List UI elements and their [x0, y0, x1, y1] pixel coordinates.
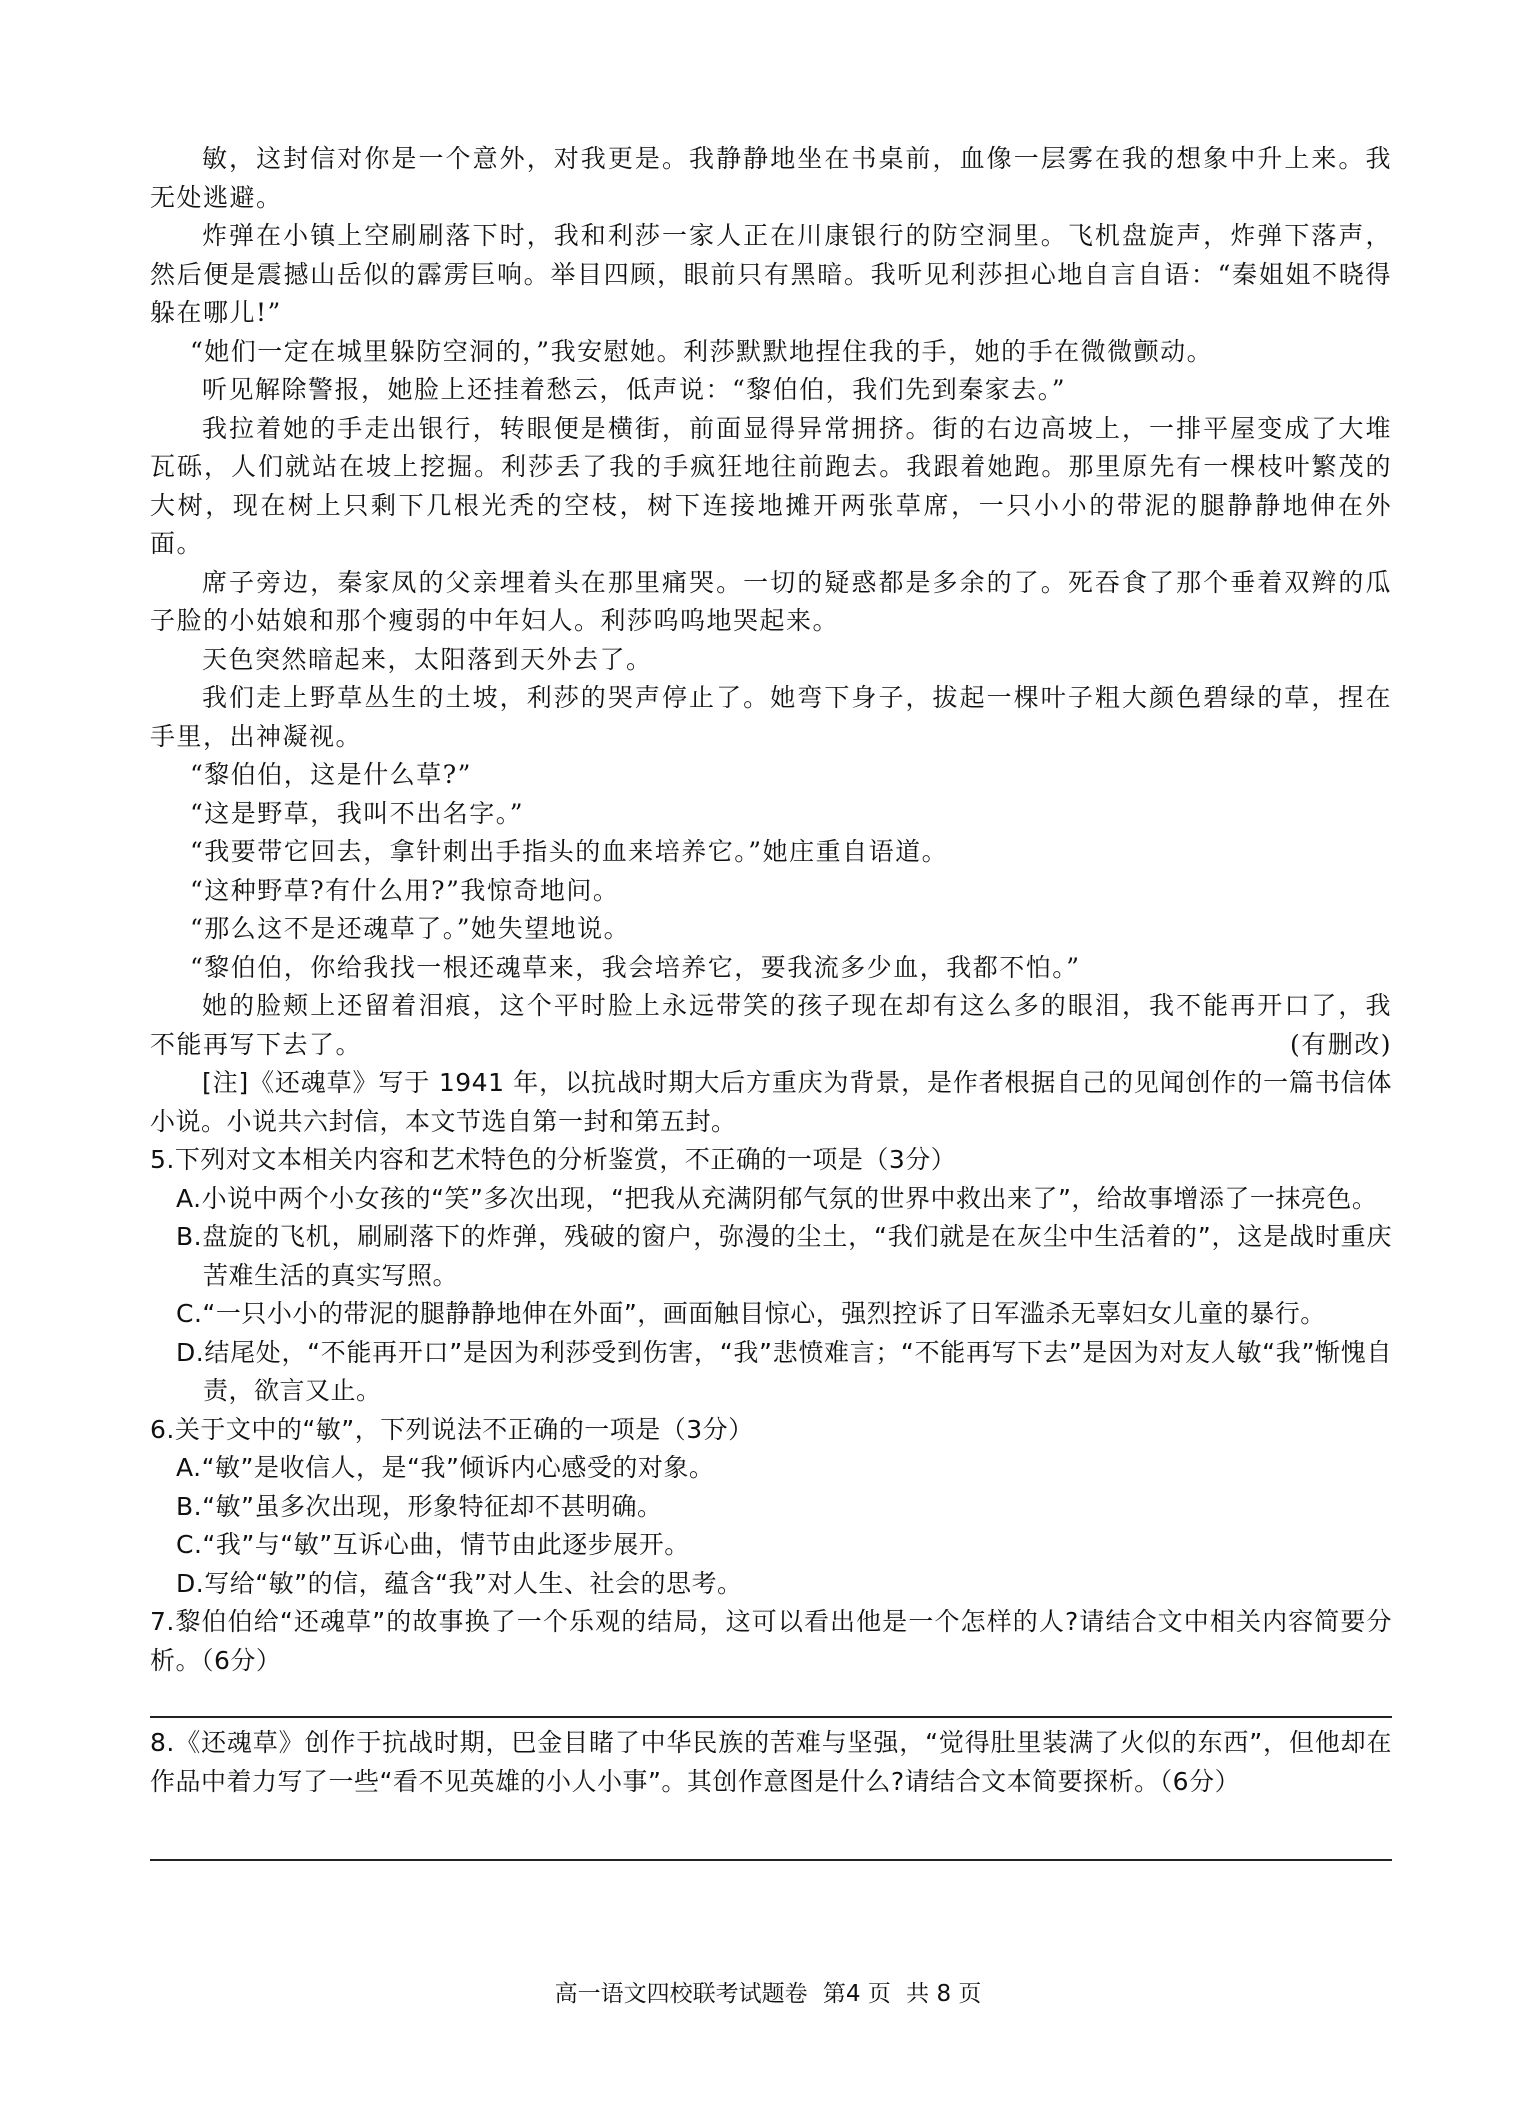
passage-paragraph: 天色突然暗起来，太阳落到天外去了。 [150, 641, 1392, 680]
passage-paragraph: 听见解除警报，她脸上还挂着愁云，低声说：“黎伯伯，我们先到秦家去。” [150, 371, 1392, 410]
page-total: 共 8 页 [906, 1981, 981, 2007]
answer-line [150, 1859, 1392, 1861]
option-b: B.“敏”虽多次出现，形象特征却不甚明确。 [176, 1488, 1392, 1527]
question-5: 5.下列对文本相关内容和艺术特色的分析鉴赏，不正确的一项是（3分） A.小说中两… [150, 1141, 1392, 1411]
passage-paragraph: 炸弹在小镇上空刷刷落下时，我和利莎一家人正在川康银行的防空洞里。飞机盘旋声，炸弹… [150, 217, 1392, 333]
option-c: C.“我”与“敏”互诉心曲，情节由此逐步展开。 [176, 1526, 1392, 1565]
option-c: C.“一只小小的带泥的腿静静地伸在外面”，画面触目惊心，强烈控诉了日军滥杀无辜妇… [176, 1295, 1392, 1334]
question-6: 6.关于文中的“敏”，下列说法不正确的一项是（3分） A.“敏”是收信人，是“我… [150, 1411, 1392, 1604]
question-7: 7.黎伯伯给“还魂草”的故事换了一个乐观的结局，这可以看出他是一个怎样的人?请结… [150, 1603, 1392, 1718]
dialogue-line: “这种野草?有什么用?”我惊奇地问。 [150, 872, 1392, 911]
passage-paragraph: 席子旁边，秦家凤的父亲埋着头在那里痛哭。一切的疑惑都是多余的了。死吞食了那个垂着… [150, 564, 1392, 641]
answer-space [150, 1801, 1392, 1859]
passage-paragraph: 我们走上野草丛生的土坡，利莎的哭声停止了。她弯下身子，拔起一棵叶子粗大颜色碧绿的… [150, 679, 1392, 756]
dialogue-line: “那么这不是还魂草了。”她失望地说。 [150, 910, 1392, 949]
final-paragraph-text: 她的脸颊上还留着泪痕，这个平时脸上永远带笑的孩子现在却有这么多的眼泪，我不能再开… [150, 991, 1392, 1059]
dialogue-line: “我要带它回去，拿针刺出手指头的血来培养它。”她庄重自语道。 [150, 833, 1392, 872]
question-stem: 7.黎伯伯给“还魂草”的故事换了一个乐观的结局，这可以看出他是一个怎样的人?请结… [150, 1603, 1392, 1680]
option-a: A.“敏”是收信人，是“我”倾诉内心感受的对象。 [176, 1449, 1392, 1488]
dialogue-line: “这是野草，我叫不出名字。” [150, 795, 1392, 834]
final-paragraph: 她的脸颊上还留着泪痕，这个平时脸上永远带笑的孩子现在却有这么多的眼泪，我不能再开… [150, 987, 1392, 1064]
option-a: A.小说中两个小女孩的“笑”多次出现，“把我从充满阴郁气氛的世界中救出来了”，给… [176, 1180, 1392, 1219]
option-d: D.结尾处，“不能再开口”是因为利莎受到伤害，“我”悲愤难言；“不能再写下去”是… [176, 1334, 1392, 1411]
page-footer: 高一语文四校联考试题卷 第4 页 共 8 页 [0, 1975, 1536, 2008]
dialogue-line: “黎伯伯，这是什么草?” [150, 756, 1392, 795]
question-stem: 5.下列对文本相关内容和艺术特色的分析鉴赏，不正确的一项是（3分） [150, 1141, 1392, 1180]
question-8: 8.《还魂草》创作于抗战时期，巴金目睹了中华民族的苦难与坚强，“觉得肚里装满了火… [150, 1724, 1392, 1861]
passage-paragraph: “她们一定在城里躲防空洞的，”我安慰她。利莎默默地捏住我的手，她的手在微微颤动。 [150, 333, 1392, 372]
page-number: 第4 页 [823, 1981, 891, 2007]
answer-space [150, 1680, 1392, 1716]
dialogue-line: “黎伯伯，你给我找一根还魂草来，我会培养它，要我流多少血，我都不怕。” [150, 949, 1392, 988]
exam-title: 高一语文四校联考试题卷 [555, 1981, 808, 2007]
option-b: B.盘旋的飞机，刷刷落下的炸弹，残破的窗户，弥漫的尘土，“我们就是在灰尘中生活着… [176, 1218, 1392, 1295]
question-stem: 6.关于文中的“敏”，下列说法不正确的一项是（3分） [150, 1411, 1392, 1450]
answer-line [150, 1716, 1392, 1718]
passage-footnote: [注]《还魂草》写于 1941 年，以抗战时期大后方重庆为背景，是作者根据自己的… [150, 1064, 1392, 1141]
passage-paragraph: 我拉着她的手走出银行，转眼便是横街，前面显得异常拥挤。街的右边高坡上，一排平屋变… [150, 410, 1392, 564]
question-stem: 8.《还魂草》创作于抗战时期，巴金目睹了中华民族的苦难与坚强，“觉得肚里装满了火… [150, 1724, 1392, 1801]
reading-passage: 敏，这封信对你是一个意外，对我更是。我静静地坐在书桌前，血像一层雾在我的想象中升… [150, 140, 1392, 1141]
exam-page: 敏，这封信对你是一个意外，对我更是。我静静地坐在书桌前，血像一层雾在我的想象中升… [150, 140, 1392, 1861]
passage-paragraph: 敏，这封信对你是一个意外，对我更是。我静静地坐在书桌前，血像一层雾在我的想象中升… [150, 140, 1392, 217]
option-d: D.写给“敏”的信，蕴含“我”对人生、社会的思考。 [176, 1565, 1392, 1604]
edit-note: (有删改) [1238, 1026, 1392, 1065]
